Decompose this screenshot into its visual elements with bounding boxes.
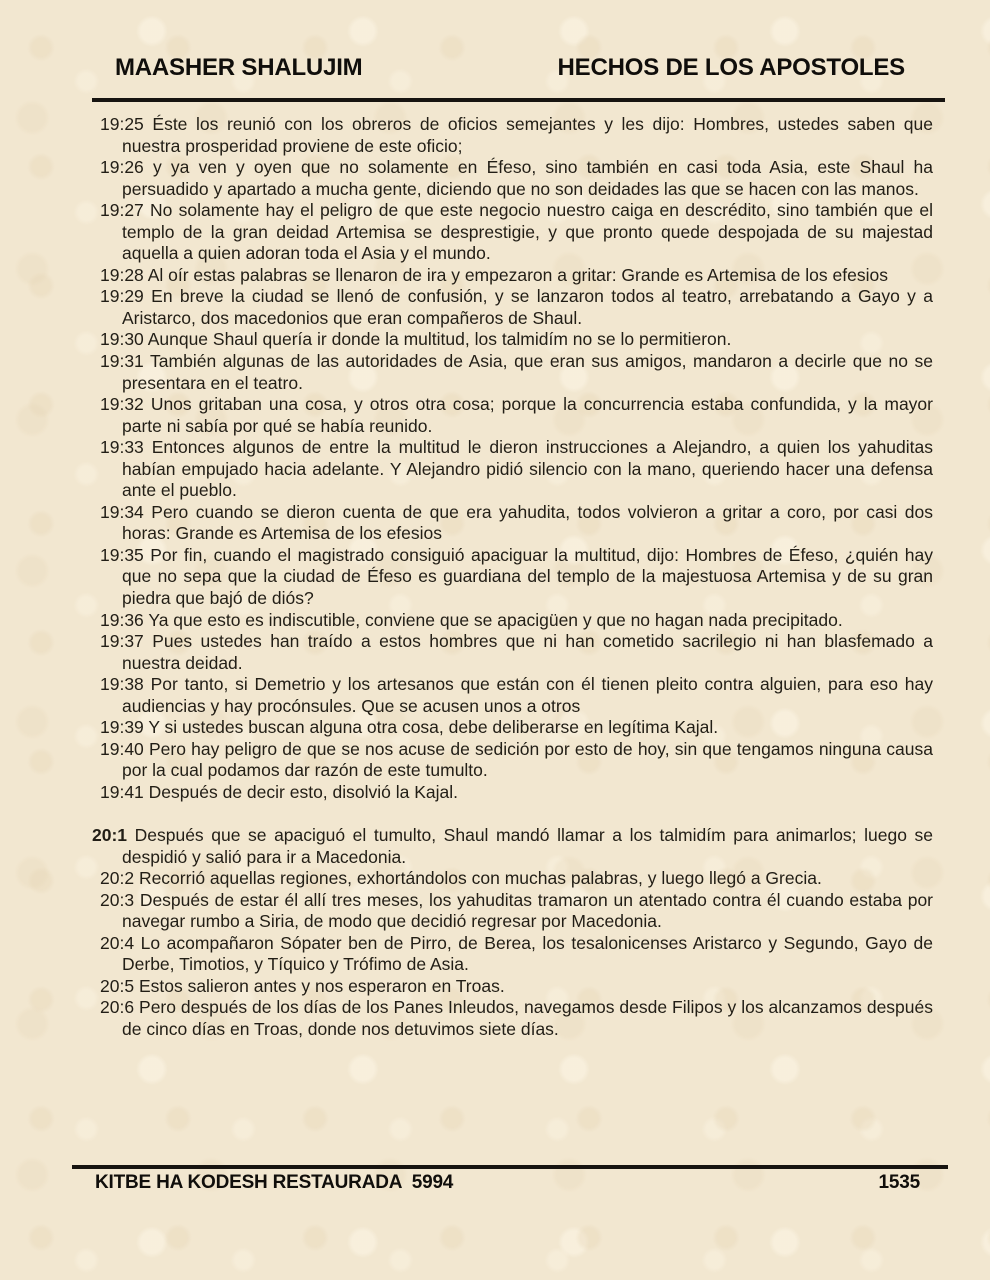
verse-ref: 20:1 [92,825,127,845]
verse-paragraph: 19:30 Aunque Shaul quería ir donde la mu… [100,329,933,351]
verse-text: Aunque Shaul quería ir donde la multitud… [148,329,732,349]
verse-ref: 19:35 [100,545,144,565]
verse-text: Después de decir esto, disolvió la Kajal… [149,782,458,802]
verse-text: Y si ustedes buscan alguna otra cosa, de… [148,717,718,737]
verse-paragraph: 19:25 Éste los reunió con los obreros de… [100,114,933,157]
verse-paragraph: 20:3 Después de estar él allí tres meses… [100,890,933,933]
verse-paragraph: 19:34 Pero cuando se dieron cuenta de qu… [100,502,933,545]
header-divider [92,98,945,102]
verse-paragraph: 19:27 No solamente hay el peligro de que… [100,200,933,265]
verse-text: Recorrió aquellas regiones, exhortándolo… [139,868,822,888]
verse-text: Ya que esto es indiscutible, conviene qu… [148,610,842,630]
verse-ref: 19:34 [100,502,144,522]
verse-paragraph: 20:2 Recorrió aquellas regiones, exhortá… [100,868,933,890]
verse-paragraph: 19:37 Pues ustedes han traído a estos ho… [100,631,933,674]
document-page: { "header": { "left_title": "MAASHER SHA… [0,0,990,1280]
verse-text: Pero hay peligro de que se nos acuse de … [122,739,933,781]
verse-ref: 19:27 [100,200,144,220]
verse-ref: 19:33 [100,437,144,457]
verse-text: Al oír estas palabras se llenaron de ira… [148,265,888,285]
verse-body: 19:25 Éste los reunió con los obreros de… [100,114,933,1040]
verse-ref: 20:2 [100,868,134,888]
verse-paragraph: 20:1 Después que se apaciguó el tumulto,… [100,825,933,868]
verse-paragraph: 19:31 También algunas de las autoridades… [100,351,933,394]
verse-paragraph: 20:6 Pero después de los días de los Pan… [100,997,933,1040]
footer-page-number: 1535 [879,1172,920,1194]
header-right-title: HECHOS DE LOS APOSTOLES [558,54,905,82]
verse-ref: 20:5 [100,976,134,996]
header-left-title: MAASHER SHALUJIM [115,54,362,82]
verse-text: Unos gritaban una cosa, y otros otra cos… [122,394,933,436]
verse-ref: 19:28 [100,265,144,285]
verse-paragraph: 20:4 Lo acompañaron Sópater ben de Pirro… [100,933,933,976]
verse-paragraph: 19:38 Por tanto, si Demetrio y los artes… [100,674,933,717]
verse-text: También algunas de las autoridades de As… [122,351,933,393]
verse-ref: 20:3 [100,890,134,910]
verse-text: Pues ustedes han traído a estos hombres … [122,631,933,673]
verse-ref: 20:6 [100,997,134,1017]
verse-text: Después que se apaciguó el tumulto, Shau… [122,825,933,867]
verse-text: Después de estar él allí tres meses, los… [122,890,933,932]
verse-ref: 19:36 [100,610,144,630]
verse-text: Pero cuando se dieron cuenta de que era … [122,502,933,544]
verse-ref: 19:39 [100,717,144,737]
verse-paragraph: 19:32 Unos gritaban una cosa, y otros ot… [100,394,933,437]
verse-ref: 19:31 [100,351,144,371]
verse-text: Estos salieron antes y nos esperaron en … [139,976,505,996]
verse-text: Entonces algunos de entre la multitud le… [122,437,933,500]
verse-ref: 19:25 [100,114,144,134]
verse-paragraph: 19:33 Entonces algunos de entre la multi… [100,437,933,502]
page-header: MAASHER SHALUJIM HECHOS DE LOS APOSTOLES [115,54,905,82]
verse-ref: 19:37 [100,631,144,651]
verse-text: Éste los reunió con los obreros de ofici… [122,114,933,156]
verse-paragraph: 19:40 Pero hay peligro de que se nos acu… [100,739,933,782]
verse-ref: 19:26 [100,157,144,177]
verse-ref: 19:38 [100,674,144,694]
page-footer: KITBE HA KODESH RESTAURADA 5994 1535 [95,1172,920,1194]
verse-paragraph: 19:29 En breve la ciudad se llenó de con… [100,286,933,329]
footer-edition-label: KITBE HA KODESH RESTAURADA 5994 [95,1172,453,1194]
verse-text: En breve la ciudad se llenó de confusión… [122,286,933,328]
verse-text: Pero después de los días de los Panes In… [122,997,933,1039]
verse-ref: 19:40 [100,739,144,759]
verse-paragraph: 19:28 Al oír estas palabras se llenaron … [100,265,933,287]
footer-divider [72,1165,948,1169]
verse-text: y ya ven y oyen que no solamente en Éfes… [122,157,933,199]
verse-paragraph: 19:39 Y si ustedes buscan alguna otra co… [100,717,933,739]
verse-paragraph: 19:41 Después de decir esto, disolvió la… [100,782,933,804]
verse-text: Por fin, cuando el magistrado consiguió … [122,545,933,608]
verse-ref: 19:29 [100,286,144,306]
verse-ref: 19:32 [100,394,144,414]
verse-text: Por tanto, si Demetrio y los artesanos q… [122,674,933,716]
verse-paragraph: 19:36 Ya que esto es indiscutible, convi… [100,610,933,632]
verse-text: No solamente hay el peligro de que este … [122,200,933,263]
verse-ref: 19:30 [100,329,144,349]
verse-paragraph: 19:26 y ya ven y oyen que no solamente e… [100,157,933,200]
verse-paragraph: 20:5 Estos salieron antes y nos esperaro… [100,976,933,998]
verse-ref: 19:41 [100,782,144,802]
verse-ref: 20:4 [100,933,134,953]
verse-paragraph: 19:35 Por fin, cuando el magistrado cons… [100,545,933,610]
verse-text: Lo acompañaron Sópater ben de Pirro, de … [122,933,933,975]
